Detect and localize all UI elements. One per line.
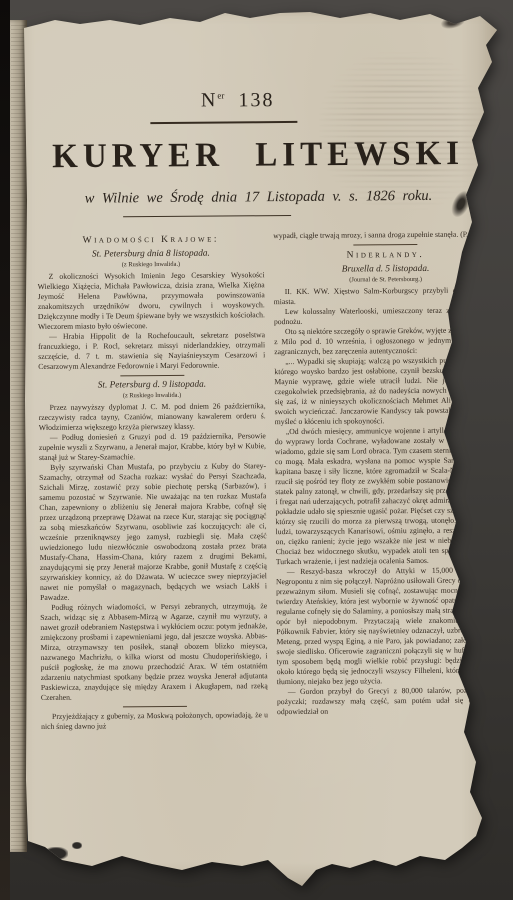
- newspaper-page: Ner138 KURYER LITEWSKI w Wilnie we Środę…: [0, 0, 513, 900]
- issue-prefix: N: [201, 89, 218, 111]
- section-rule: [120, 375, 184, 377]
- article-paragraph: — Reszyd-basza wkroczył do Attyki w 15,0…: [276, 566, 501, 688]
- section-rule: [122, 706, 186, 708]
- article-paragraph: — Podług doniesień z Gruzyi pod d. 19 pa…: [39, 431, 266, 463]
- issue-number: Ner138: [14, 81, 461, 115]
- page-content: Ner138 KURYER LITEWSKI w Wilnie we Środę…: [34, 72, 502, 805]
- paper-hole: [44, 847, 68, 860]
- article-paragraph: Oto są niektóre szczegóły o sprawie Grek…: [274, 326, 498, 358]
- section-rule: [353, 244, 417, 246]
- masthead-dateline: w Wilnie we Środę dnia 17 Listopada v. s…: [35, 186, 482, 208]
- article-paragraph: wypadł, ciągłe trwają mrozy, i sanna dro…: [273, 230, 497, 242]
- article-paragraph: Lew kolossalny Waterlooski, umieszczony …: [274, 306, 498, 328]
- torn-edge-dark-mark: [440, 13, 466, 30]
- article-paragraph: — Hrabia Hippolit de la Rochefoucault, s…: [38, 330, 265, 372]
- article-paragraph: „... Wypadki się skupiają; walczą po wsz…: [274, 356, 499, 428]
- issue-superscript: er: [217, 91, 224, 101]
- article-source-note: (z Ruskiego Inwalida.): [37, 260, 264, 270]
- masthead: Ner138 KURYER LITEWSKI w Wilnie we Środę…: [34, 80, 482, 218]
- section-heading: Niderlandy.: [273, 249, 497, 263]
- article-paragraph: „Od dwóch miesięcy, ammunicye wojenne i …: [275, 426, 500, 568]
- scan-background: Ner138 KURYER LITEWSKI w Wilnie we Środę…: [0, 0, 513, 900]
- masthead-rule: [123, 215, 291, 218]
- article-paragraph: Przez naywyższy dyplomat J. C. M. pod dn…: [39, 401, 266, 433]
- article-dateline: St. Petersburg dnia 8 listopada.: [37, 248, 264, 261]
- issue-digits: 138: [238, 89, 274, 111]
- article-source-note: (Journal de St. Petersbourg.): [274, 276, 498, 286]
- article-paragraph: Były szyrwański Chan Mustafa, po przybyc…: [39, 461, 267, 603]
- article-paragraph: Z okoliczności Wysokich Imienin Jego Ces…: [38, 270, 265, 332]
- left-column: Wiadomości Krajowe:St. Petersburg dnia 8…: [37, 231, 268, 805]
- article-paragraph: Przyjeżdżający z guberniy, za Moskwą poł…: [41, 710, 268, 732]
- article-dateline: Bruxella d. 5 listopada.: [273, 264, 497, 277]
- article-dateline: St. Petersburg d. 9 listopada.: [38, 379, 265, 392]
- masthead-title: KURYER LITEWSKI: [34, 132, 481, 177]
- section-heading: Wiadomości Krajowe:: [37, 233, 264, 247]
- paper-hole: [72, 842, 82, 849]
- torn-edge-dark-mark: [466, 617, 483, 641]
- right-column: wypadł, ciągłe trwają mrozy, i sanna dro…: [273, 230, 501, 804]
- article-paragraph: II. KK. WW. Xięstwo Salm-Korburgscy przy…: [274, 286, 498, 308]
- article-source-note: (z Ruskiego Inwalida.): [38, 391, 265, 401]
- article-columns: Wiadomości Krajowe:St. Petersburg dnia 8…: [35, 230, 501, 806]
- article-paragraph: Podług różnych wiadomości, w Persyi zebr…: [40, 601, 268, 703]
- issue-rule: [150, 121, 297, 124]
- paper-shadow: Ner138 KURYER LITEWSKI w Wilnie we Środę…: [0, 0, 513, 900]
- article-paragraph: — Gordon przybył do Grecyi z 80,000 tala…: [277, 686, 501, 718]
